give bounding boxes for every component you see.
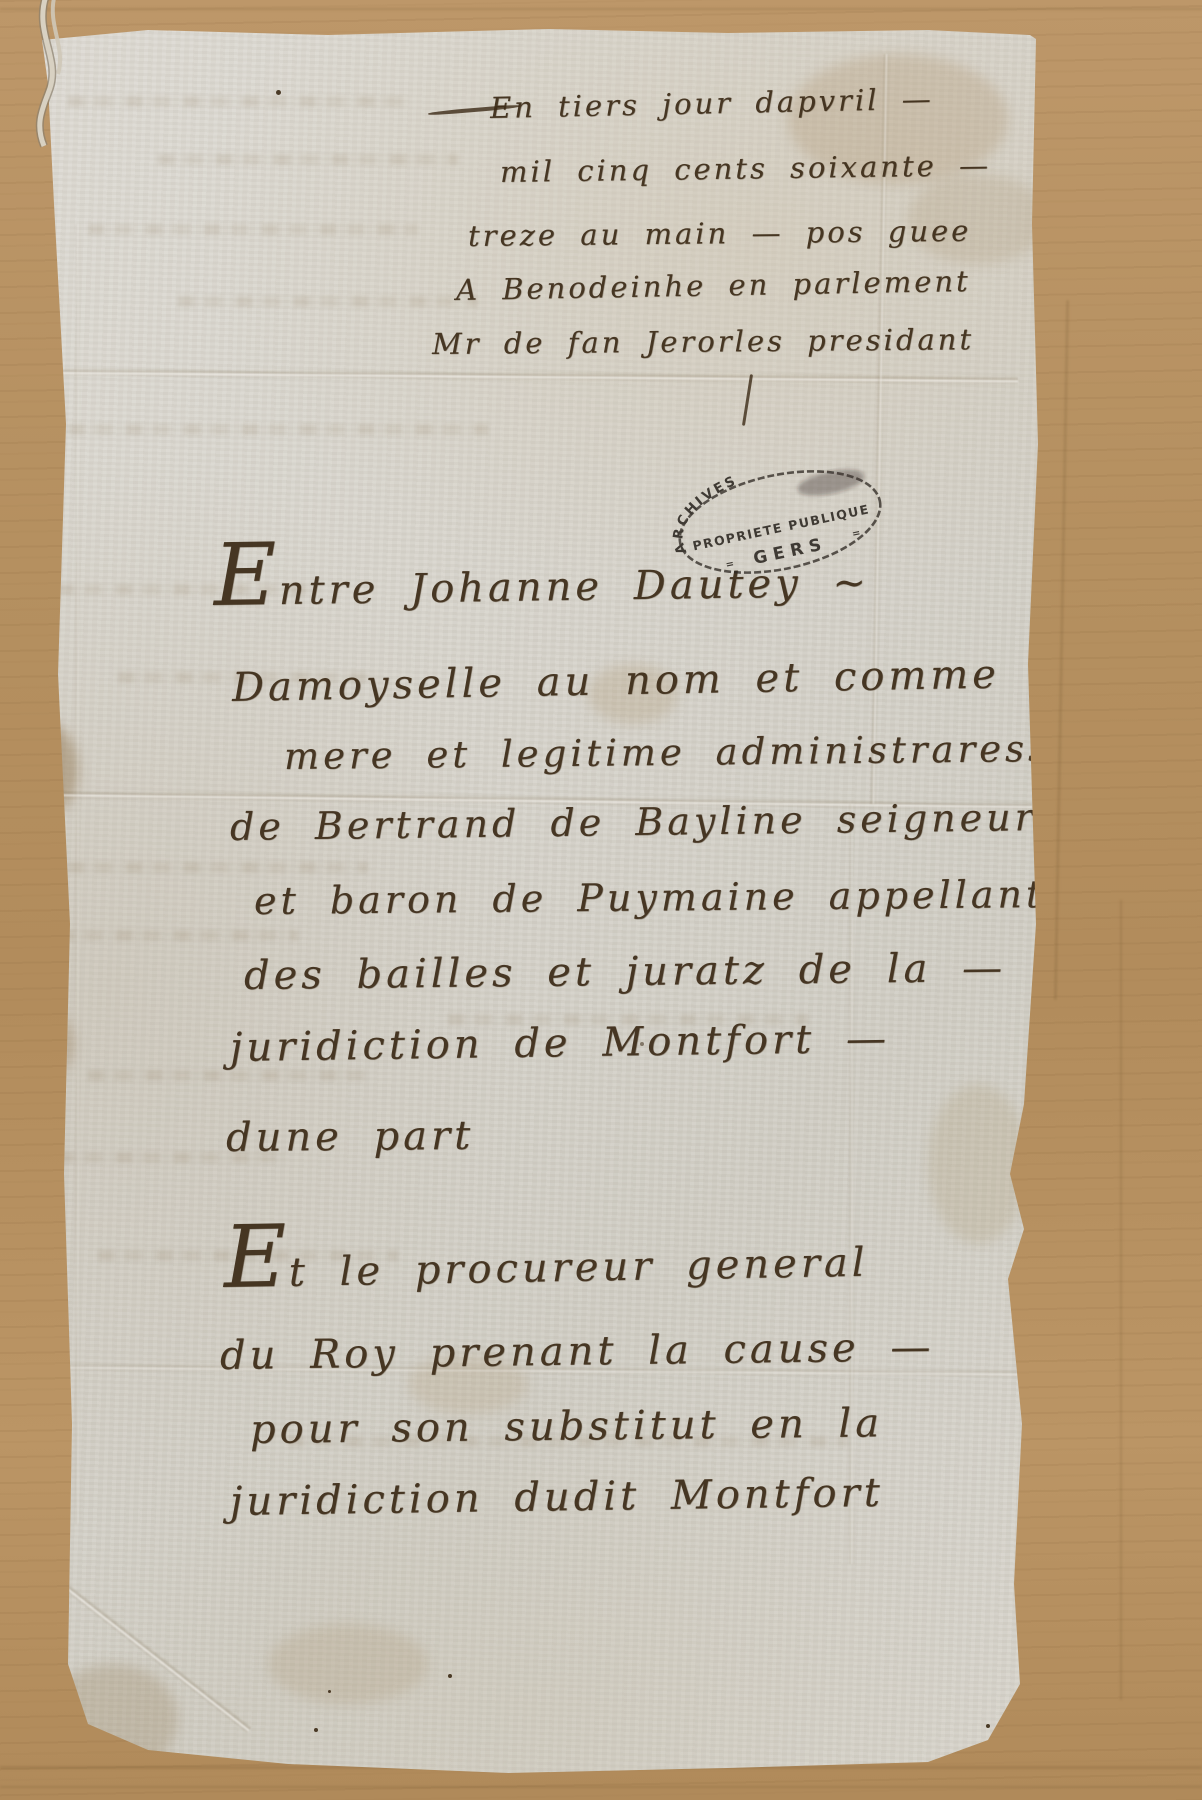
- manuscript-line: Damoyselle au nom et comme: [232, 655, 1001, 708]
- manuscript-line: dune part: [226, 1116, 475, 1158]
- manuscript-line: A Benodeinhe en parlement: [456, 267, 971, 305]
- paper-speck: [448, 1674, 452, 1678]
- stamp-side-mark: =: [725, 559, 735, 572]
- bleed-through-text: [58, 930, 298, 941]
- paper-speck: [314, 1728, 318, 1732]
- paper-speck: [328, 1690, 331, 1693]
- manuscript-line: mere et legitime administraresse —: [284, 729, 1148, 775]
- binding-thread: [8, 0, 98, 166]
- bleed-through-text: [88, 1070, 368, 1081]
- bleed-through-text: [68, 96, 408, 107]
- paper-speck: [986, 1724, 990, 1728]
- manuscript-line: mil cinq cents soixante —: [500, 151, 991, 187]
- stamp-side-mark: =: [851, 528, 861, 541]
- edge-fold-shadow: [74, 224, 81, 1524]
- parchment-page: En tiers jour dapvril — mil cinq cents s…: [28, 24, 1042, 1780]
- manuscript-line: du Roy prenant la cause —: [220, 1327, 935, 1376]
- manuscript-line: des bailles et juratz de la — :: [244, 948, 1055, 996]
- stamp-bottom-text: GERS: [752, 534, 829, 569]
- manuscript-line: Mr de fan Jerorles presidant: [432, 325, 974, 359]
- archive-stamp: ARCHIVES PROPRIETE PUBLIQUE GERS = =: [666, 460, 894, 582]
- bleed-through-text: [158, 154, 458, 165]
- paper-speck: [276, 90, 281, 95]
- bleed-through-text: [178, 296, 478, 307]
- stamp-smudge: [795, 465, 866, 501]
- fold-crease: [848, 804, 855, 1564]
- manuscript-line: de Bertrand de Bayline seigneur: [230, 798, 1037, 846]
- manuscript-line: et baron de Puymaine appellant —: [254, 874, 1118, 920]
- wood-grain-line: [0, 1786, 1202, 1788]
- bleed-through-text: [88, 224, 418, 235]
- wood-grain-line: [1120, 900, 1122, 1700]
- manuscript-line: Et le procureur general: [224, 1243, 869, 1294]
- manuscript-line: juridiction dudit Montfort: [230, 1473, 884, 1522]
- bleed-through-text: [68, 424, 488, 435]
- paper-stain: [268, 1624, 428, 1704]
- manuscript-line: juridiction de Montfort —: [230, 1019, 890, 1068]
- wood-grain-line: [0, 8, 1202, 10]
- manuscript-line: treze au main — pos guee: [468, 217, 972, 251]
- manuscript-line: pour son substitut en la: [250, 1403, 883, 1450]
- bleed-through-text: [68, 862, 368, 873]
- fold-crease: [58, 368, 1018, 385]
- photo-of-document: En tiers jour dapvril — mil cinq cents s…: [0, 0, 1202, 1800]
